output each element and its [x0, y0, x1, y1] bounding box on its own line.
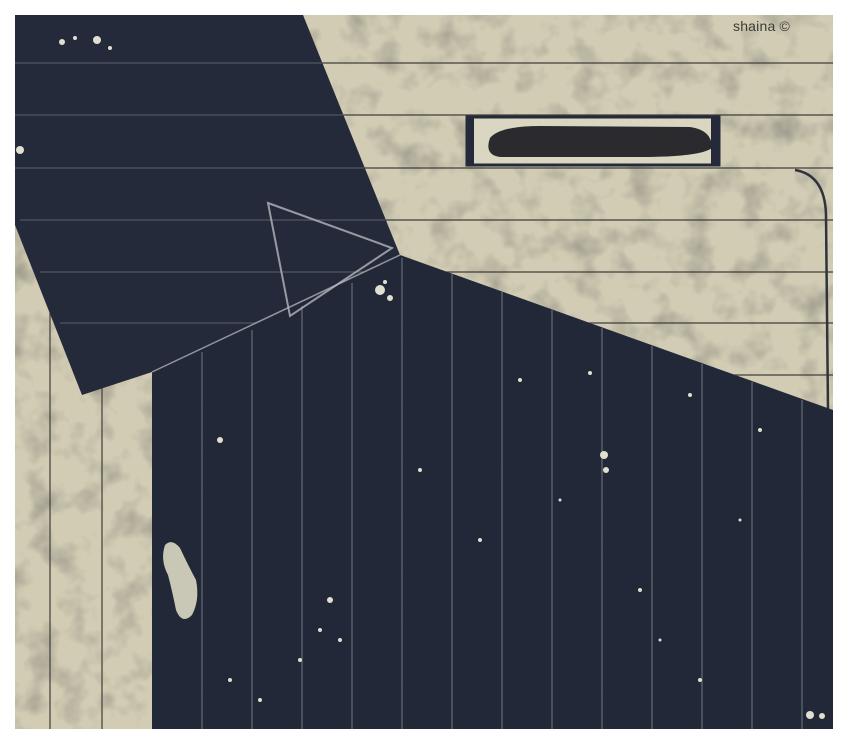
abstract-painting — [0, 0, 850, 746]
watermark-text: shaina © — [733, 18, 790, 34]
grain-overlay — [15, 15, 833, 729]
